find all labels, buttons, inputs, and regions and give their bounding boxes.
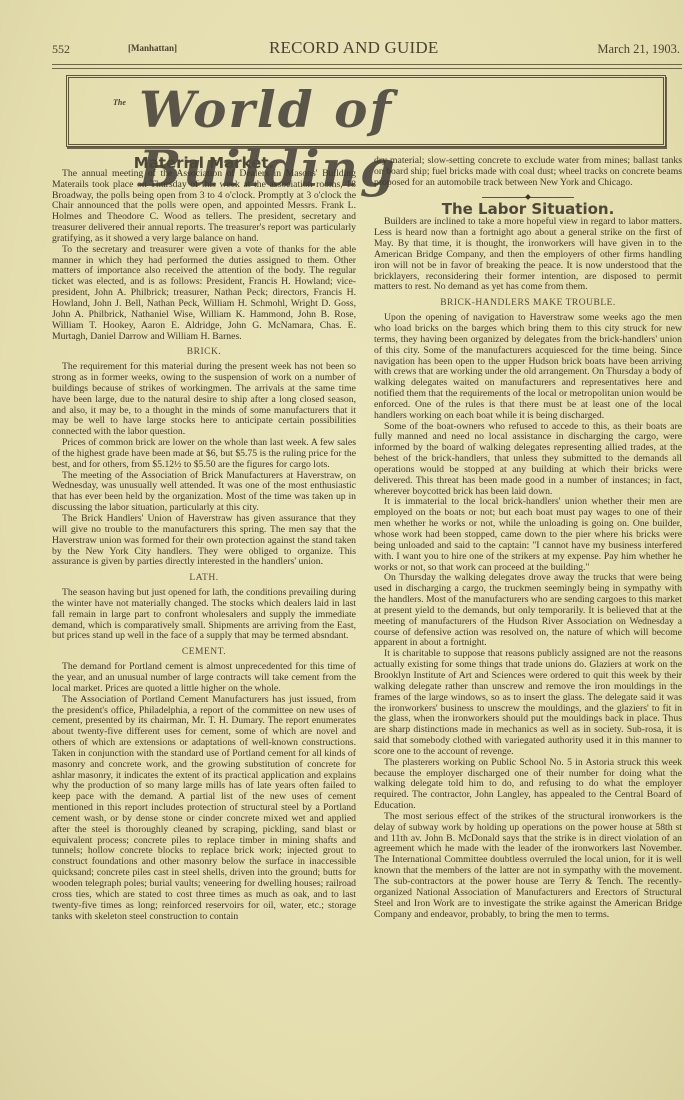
paragraph: The annual meeting of the Association of… — [52, 169, 356, 245]
paragraph: The meeting of the Association of Brick … — [52, 471, 356, 514]
section-banner: The World of Building — [66, 75, 666, 147]
newspaper-page: 552 [Manhattan] RECORD AND GUIDE March 2… — [0, 0, 684, 1100]
header-rule — [52, 64, 682, 69]
paragraph: The most serious effect of the strikes o… — [374, 812, 682, 920]
paragraph: It is immaterial to the local brick-hand… — [374, 497, 682, 573]
paragraph: Builders are inclined to take a more hop… — [374, 217, 682, 293]
paragraph: On Thursday the walking delegates drove … — [374, 573, 682, 649]
issue-date: March 21, 1903. — [597, 42, 680, 57]
section-divider — [482, 197, 574, 198]
paragraph: Prices of common brick are lower on the … — [52, 438, 356, 471]
paragraph: The plasterers working on Public School … — [374, 758, 682, 812]
lath-subheading: LATH. — [52, 573, 356, 584]
banner-prefix: The — [113, 98, 126, 107]
paragraph-continuation: dry material; slow-setting concrete to e… — [374, 156, 682, 189]
page-number: 552 — [52, 42, 70, 57]
paragraph: The season having but just opened for la… — [52, 588, 356, 642]
left-column: Material Market. The annual meeting of t… — [52, 158, 356, 922]
paragraph: The demand for Portland cement is almost… — [52, 662, 356, 695]
labor-situation-heading: The Labor Situation. — [374, 204, 682, 215]
paragraph: The Association of Portland Cement Manuf… — [52, 695, 356, 923]
brick-handlers-subheading: BRICK-HANDLERS MAKE TROUBLE. — [374, 298, 682, 309]
cement-subheading: CEMENT. — [52, 647, 356, 658]
running-head: 552 [Manhattan] RECORD AND GUIDE March 2… — [52, 38, 684, 60]
right-column: dry material; slow-setting concrete to e… — [374, 156, 682, 920]
section-label: [Manhattan] — [128, 43, 177, 53]
paragraph: Upon the opening of navigation to Havers… — [374, 313, 682, 421]
brick-subheading: BRICK. — [52, 347, 356, 358]
paragraph: It is charitable to suppose that reasons… — [374, 649, 682, 757]
paragraph: Some of the boat-owners who refused to a… — [374, 422, 682, 498]
paragraph: The requirement for this material during… — [52, 362, 356, 438]
paragraph: The Brick Handlers' Union of Haverstraw … — [52, 514, 356, 568]
publication-title: RECORD AND GUIDE — [269, 38, 438, 58]
paragraph: To the secretary and treasurer were give… — [52, 245, 356, 343]
